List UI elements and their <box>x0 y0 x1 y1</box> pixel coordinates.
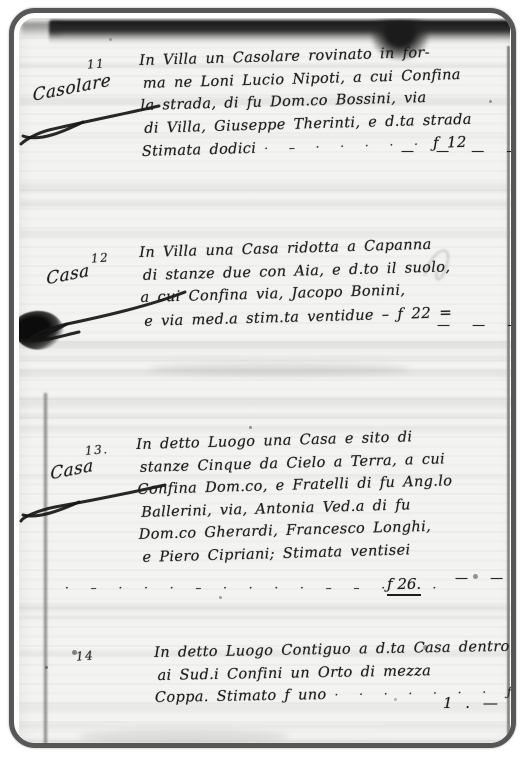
binding-shadow <box>49 20 514 44</box>
entry-number: 11 <box>87 56 106 71</box>
binding-shadow-left <box>21 22 61 38</box>
scan-streak <box>19 355 516 361</box>
ink-smudge <box>319 746 399 748</box>
trailing-dashes: — — – <box>455 571 516 586</box>
entry-number: 12 <box>91 250 110 265</box>
scan-streak <box>19 723 516 729</box>
scan-streak <box>19 739 516 744</box>
scan-streak <box>19 413 516 419</box>
margin-label: Casa <box>50 456 94 485</box>
scan-streak <box>19 397 516 407</box>
scan-streak <box>19 603 516 612</box>
entry-number: 14 <box>76 648 95 663</box>
valuation-amount: ƒ 26. <box>387 575 421 596</box>
scan-streak <box>19 369 516 377</box>
valuation-words: Stimata dodici <box>142 138 257 164</box>
gutter-ink-blot <box>19 304 68 357</box>
ink-smudge <box>79 730 289 743</box>
entry-number: 13. <box>85 442 110 458</box>
trailing-dashes: — — — — <box>437 318 516 333</box>
page-fold-line <box>44 393 47 745</box>
scan-streak <box>19 201 516 207</box>
scan-frame: 11 Casolare In Villa un Casolare rovinat… <box>9 8 516 748</box>
manuscript-page: 11 Casolare In Villa un Casolare rovinat… <box>19 18 516 748</box>
margin-label: Casolare <box>33 70 112 106</box>
scan-streak <box>19 615 516 620</box>
entry-text: In Villa una Casa ridotta a Capanna di s… <box>139 233 452 333</box>
scan-streak <box>19 341 516 349</box>
scan-streak <box>19 183 516 193</box>
margin-label: Casa <box>46 261 90 290</box>
valuation-amount: 1 . — . . <box>443 694 516 712</box>
valuation-words: Coppa. Stimato ƒ uno <box>155 684 327 709</box>
ink-smudge <box>149 363 409 375</box>
trailing-dashes: — — — — <box>401 144 516 159</box>
entry-text: In detto Luogo una Casa e sito di stanze… <box>136 425 455 569</box>
